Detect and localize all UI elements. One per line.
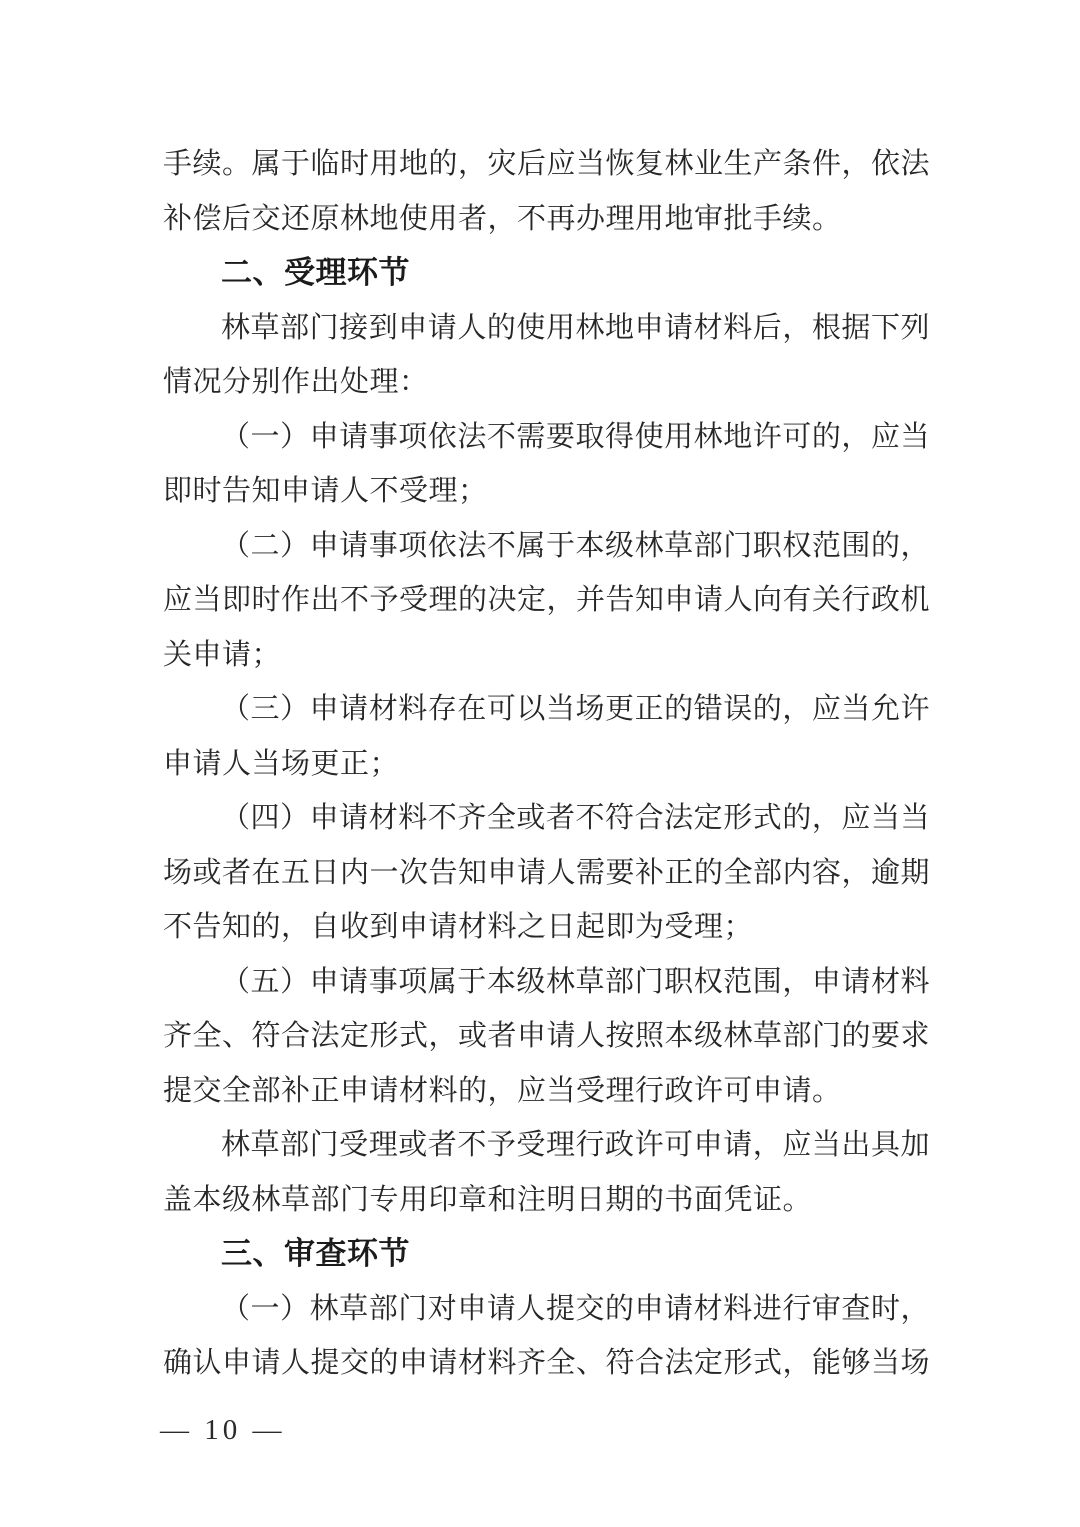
text-line: 手续。属于临时用地的，灾后应当恢复林业生产条件，依法 [163, 137, 930, 192]
section-heading: 二、受理环节 [163, 246, 930, 301]
section-heading: 三、审查环节 [163, 1227, 930, 1282]
text-line: （一）林草部门对申请人提交的申请材料进行审查时， [163, 1282, 930, 1337]
text-line: 不告知的，自收到申请材料之日起即为受理； [163, 900, 930, 955]
document-body: 手续。属于临时用地的，灾后应当恢复林业生产条件，依法补偿后交还原林地使用者，不再… [163, 137, 930, 1391]
text-line: 确认申请人提交的申请材料齐全、符合法定形式，能够当场 [163, 1336, 930, 1391]
text-line: 盖本级林草部门专用印章和注明日期的书面凭证。 [163, 1173, 930, 1228]
text-line: （三）申请材料存在可以当场更正的错误的，应当允许 [163, 682, 930, 737]
text-line: 关申请； [163, 628, 930, 683]
page-number: — 10 — [160, 1405, 286, 1455]
document-page: 手续。属于临时用地的，灾后应当恢复林业生产条件，依法补偿后交还原林地使用者，不再… [0, 0, 1080, 1527]
text-line: 补偿后交还原林地使用者，不再办理用地审批手续。 [163, 192, 930, 247]
text-line: 林草部门受理或者不予受理行政许可申请，应当出具加 [163, 1118, 930, 1173]
text-line: 提交全部补正申请材料的，应当受理行政许可申请。 [163, 1064, 930, 1119]
text-line: （二）申请事项依法不属于本级林草部门职权范围的， [163, 519, 930, 574]
text-line: 场或者在五日内一次告知申请人需要补正的全部内容，逾期 [163, 846, 930, 901]
text-line: （五）申请事项属于本级林草部门职权范围，申请材料 [163, 955, 930, 1010]
text-line: （一）申请事项依法不需要取得使用林地许可的，应当 [163, 410, 930, 465]
text-line: 林草部门接到申请人的使用林地申请材料后，根据下列 [163, 301, 930, 356]
text-line: 情况分别作出处理： [163, 355, 930, 410]
text-line: 齐全、符合法定形式，或者申请人按照本级林草部门的要求 [163, 1009, 930, 1064]
text-line: 即时告知申请人不受理； [163, 464, 930, 519]
text-line: 应当即时作出不予受理的决定，并告知申请人向有关行政机 [163, 573, 930, 628]
text-line: 申请人当场更正； [163, 737, 930, 792]
text-line: （四）申请材料不齐全或者不符合法定形式的，应当当 [163, 791, 930, 846]
